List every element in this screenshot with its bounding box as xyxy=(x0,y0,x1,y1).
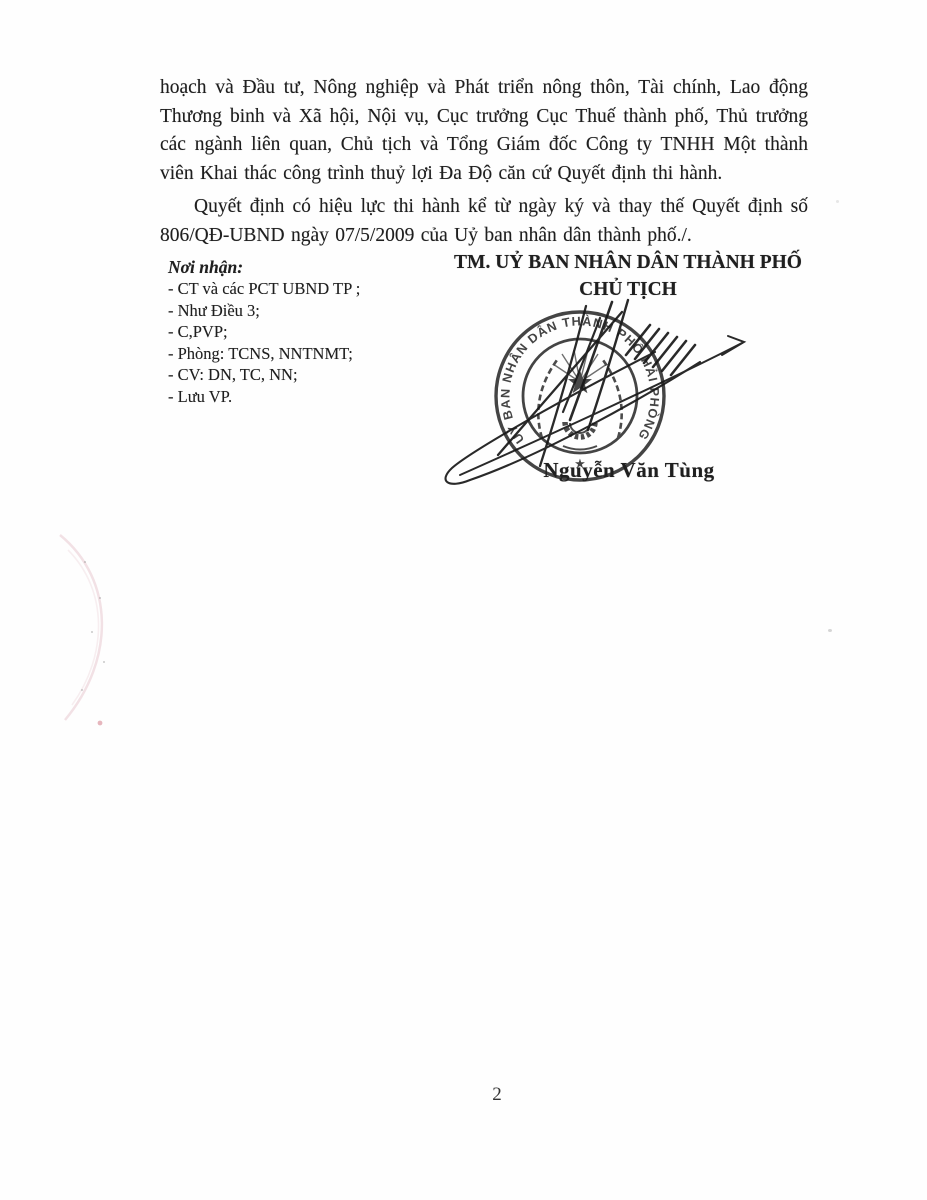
ink-bleed-mark xyxy=(30,520,150,750)
document-page: hoạch và Đầu tư, Nông nghiệp và Phát tri… xyxy=(0,0,927,1200)
recipient-item: - Như Điều 3; xyxy=(168,300,448,322)
recipient-item: - Lưu VP. xyxy=(168,386,448,408)
signer-name: Nguyễn Văn Tùng xyxy=(509,458,749,483)
recipients-heading: Nơi nhận: xyxy=(168,256,448,278)
recipients-block: Nơi nhận: - CT và các PCT UBND TP ; - Nh… xyxy=(168,256,448,407)
paragraph-responsibility-continuation: hoạch và Đầu tư, Nông nghiệp và Phát tri… xyxy=(160,74,808,188)
recipient-item: - CV: DN, TC, NN; xyxy=(168,364,448,386)
page-number: 2 xyxy=(477,1084,517,1106)
recipient-item: - CT và các PCT UBND TP ; xyxy=(168,278,448,300)
scan-speck xyxy=(828,629,832,632)
scan-speck xyxy=(836,200,839,203)
authority-line: TM. UỶ BAN NHÂN DÂN THÀNH PHỐ xyxy=(447,249,809,276)
recipient-item: - C,PVP; xyxy=(168,321,448,343)
recipient-item: - Phòng: TCNS, NNTNMT; xyxy=(168,343,448,365)
paragraph-effective-date: Quyết định có hiệu lực thi hành kể từ ng… xyxy=(160,193,808,250)
